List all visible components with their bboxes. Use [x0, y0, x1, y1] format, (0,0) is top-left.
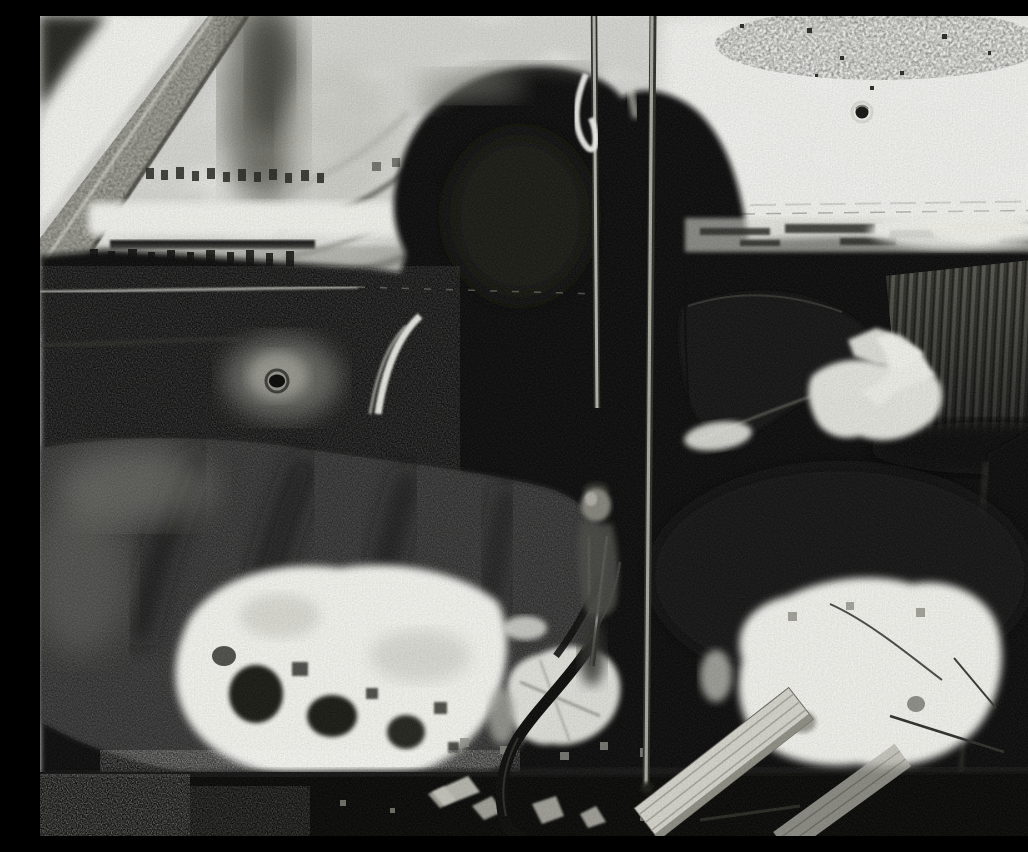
film-grain [40, 16, 1028, 836]
photo-canvas [40, 16, 1028, 836]
photograph [40, 16, 1028, 836]
grain-light-layer [40, 16, 1028, 836]
